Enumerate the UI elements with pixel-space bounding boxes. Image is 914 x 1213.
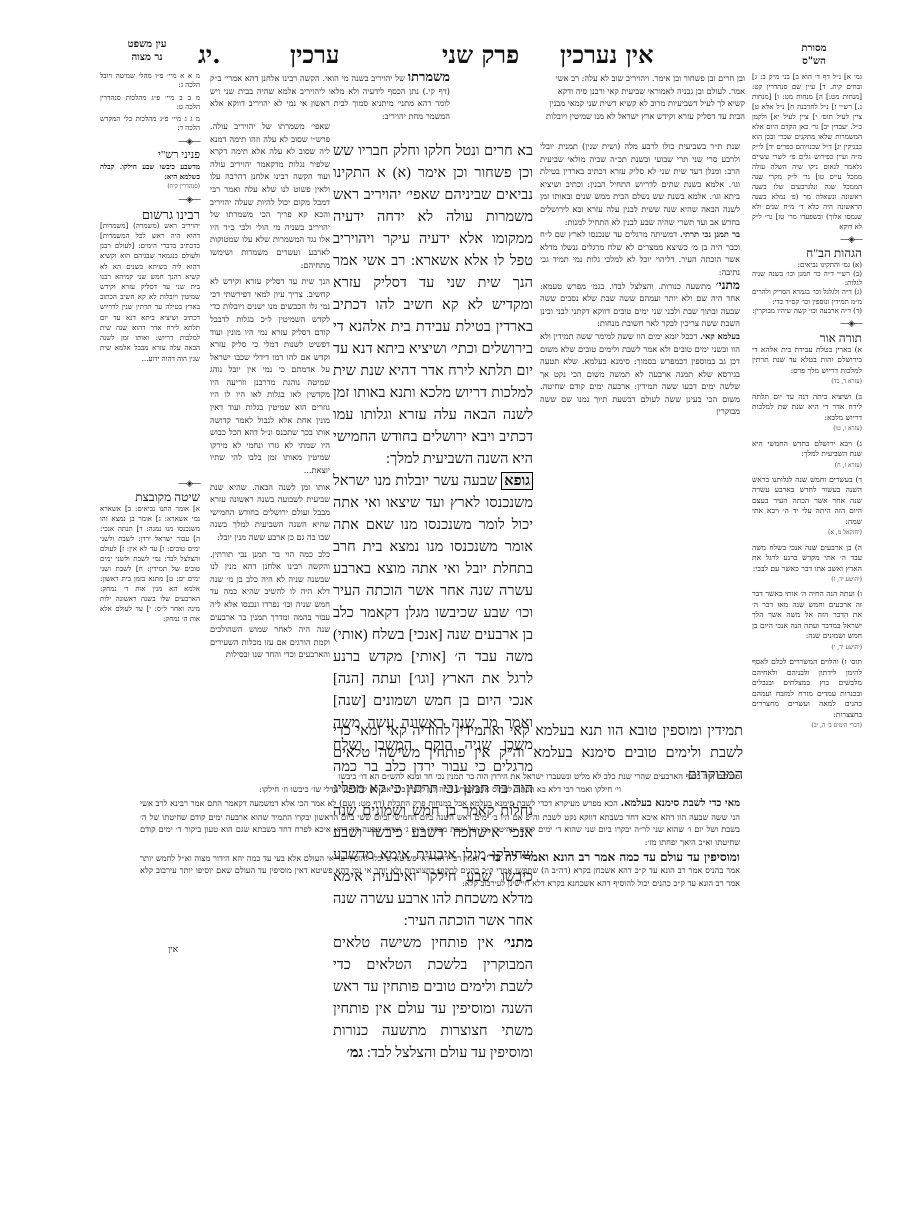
rashi-text: שנת ת״ר בשביעית כולו לרבע מלה (ושית שנין… <box>540 140 740 228</box>
mishnah-block: מתני׳ אין פותחין משישה טלאים המבוקרין בל… <box>333 932 533 1064</box>
tosafot-block: משמרתו של יהויריב בשנה מי הואי. הקשה רבי… <box>210 72 450 122</box>
bottom-tosafot-line: וי׳ חילקו ואמר רבי דלא בא הכתוב לפתוס אל… <box>140 783 740 796</box>
rashi-heading: בר תמנן נכי תרתי. <box>680 229 740 239</box>
penei-rashi-title: פניני רש"י <box>100 151 200 160</box>
gemara-intro-line: אמר. לעולם ובן גבניה לאמוראי שביעית קאי … <box>455 85 745 98</box>
ein-mishpat-entry: מ ב ב מיי׳ פ״ג מהלכות סנהדרין הלכה ט: <box>100 94 200 113</box>
ornament-divider: —◈— <box>100 138 200 147</box>
hashas-title: הש"ס <box>774 55 854 68</box>
hagahot-habach-section: הגהות הב"ח (א) גמ׳ והתקינו נביאים: (ב) ר… <box>752 249 862 316</box>
tosafot-column: משמרתו של יהויריב בשנה מי הואי. הקשה רבי… <box>210 72 450 122</box>
hagahot-item: (א) גמ׳ והתקינו נביאים: <box>752 261 862 270</box>
rashi-text: מתשעה כנורות. והצלצל לבדו. בגמ׳ מפרש טעמ… <box>540 281 740 329</box>
gemara-intro-line: הבית עד דסליק עזרא וקידש ארץ ישראל לא מנ… <box>455 110 745 123</box>
bottom-entry: מאי כדי לשבת סימנא בעלמא. הכא מפרש מעיקר… <box>140 797 740 848</box>
bottom-commentary: מרגלים היה בסוף הארבעים שהרי שנת כלב לא … <box>140 770 740 889</box>
torah-or-verse: תוס׳ ז) והלוים המשררים לכלם לאסף להימן ל… <box>752 657 862 720</box>
ornament-divider: —◈— <box>752 236 862 245</box>
masoret-title: מסורת <box>774 42 854 55</box>
rabbeinu-gershom-title: רבינו גרשום <box>100 210 200 219</box>
torah-or-source: (עזרא ז, ח) <box>752 461 862 470</box>
ein-mishpat-title: עין משפט <box>102 38 192 51</box>
rabbeinu-gershom-text: יהויריב ראש (משמרה) [משמרות] דהוא היה רא… <box>100 221 200 476</box>
mishnah-label: מתני׳ <box>504 935 533 951</box>
left-margin-header: עין משפט נר מצוה <box>102 38 192 64</box>
shita-mekubetzet-title: שיטה מקובצת <box>100 493 200 502</box>
penei-rashi-section: פניני רש"י מדשבע כיבשו שבע חילקו. קבלה כ… <box>100 151 200 191</box>
torah-or-source: (עזרא ו, טו) <box>752 424 862 433</box>
left-margin-column: מ א א מיי׳ פ״ו מהל׳ שמיטה ויובל הלכה ג: … <box>100 72 200 624</box>
torah-or-source: (יחזקאל מ, א) <box>752 528 862 537</box>
hagahot-item: (ב) רש״י ד״ה כר תמנן וכו׳ בשנה שניה לגלו… <box>752 270 862 289</box>
torah-or-source: (דברי הימים ב׳ ה, יב) <box>752 721 862 730</box>
page-number: יג. <box>198 40 221 70</box>
rashi-entry: בר תמנן נכי תרתי. דמשיתה מרגלים עד שנכנס… <box>540 228 740 278</box>
torah-or-verse: ה) בן ארבעים שנה אנכי בשלח משה עבד ה׳ את… <box>752 543 862 575</box>
bottom-heading: מאי כדי לשבת סימנא בעלמא. <box>621 798 740 809</box>
tosafot-text: אותו זמן לשנה הבאה. שהיא שנת שביעית לשבו… <box>210 481 330 544</box>
gemara-intro-line: קשיא לך לעיל דשביעיות מרוב לא קשיא דשית … <box>455 97 745 110</box>
gufa-label: גופא <box>501 472 533 490</box>
gemara-intro: ובן חרים ובן פשחור ובן אימר. ויהויריב שו… <box>455 72 745 122</box>
bottom-heading: ומוסיפין עד עולם עד כמה אמר רב הונא ואמר… <box>482 850 740 864</box>
hagahot-habach-title: הגהות הב"ח <box>752 249 862 258</box>
penei-rashi-text: מדשבע כיבשו שבע חילקו. קבלה כשלמא היא: <box>100 162 200 181</box>
gemara-label: גמ׳ <box>346 1045 363 1061</box>
torah-or-source: (עזרא ד, כד) <box>752 377 862 386</box>
rashi-heading: מתני׳ <box>716 278 740 292</box>
rashi-entry: מתני׳ מתשעה כנורות. והצלצל לבדו. בגמ׳ מפ… <box>540 279 740 330</box>
penei-rashi-source: (סנהדרין קיח) <box>100 182 200 191</box>
hagahot-item: (ג) ד״ה ולגלגל וכו׳ בגמרא הסריק ולהרים מ… <box>752 288 862 307</box>
torah-or-section: תורה אור א) בארין בטלת עבידת בית אלהא די… <box>752 334 862 731</box>
torah-or-source: (יהושע יד, ז) <box>752 575 862 584</box>
gemara-body: בא חרים ונטל חלקו וחלק חבריו שש וכן פשחו… <box>333 140 533 470</box>
tosafot-text: יהויריב: <box>382 111 406 121</box>
rashi-column: שנת ת״ר בשביעית כולו לרבע מלה (ושית שנין… <box>540 140 740 720</box>
right-margin-header: מסורת הש"ס <box>774 42 854 68</box>
torah-or-verse: א) בארין בטלת עבידת בית אלהא די בירושלם … <box>752 345 862 377</box>
torah-or-verse: ב) ושיציא ביתה דנה עד יום תלתה לירח אדר … <box>752 392 862 424</box>
shita-mekubetzet-section: שיטה מקובצת א] אומר התנו נביאים: ב] אשאר… <box>100 493 200 624</box>
rashi-entry: בעלמא קאי. דככל יומא ימים הוו ששה למימר … <box>540 330 740 418</box>
tosafot-opening-word: משמרתו <box>408 70 450 85</box>
torah-or-verse: ו) ועתה הנה החיה ה׳ אותי כאשר דבר זה ארב… <box>752 589 862 642</box>
tosafot-text: הנך שית עד דסליק עזרא וקידש לא קחשיב. צר… <box>210 275 330 477</box>
ein-mishpat-entry: מ א א מיי׳ פ״ו מהל׳ שמיטה ויובל הלכה ג: <box>100 72 200 91</box>
gemara-main-text: בא חרים ונטל חלקו וחלק חבריו שש וכן פשחו… <box>333 140 533 1064</box>
ein-mishpat-section: מ א א מיי׳ פ״ו מהל׳ שמיטה ויובל הלכה ג: … <box>100 72 200 134</box>
torah-or-verse: ג) ויבא ירושלם בחדש החמשי היא שנת השביעי… <box>752 439 862 460</box>
right-margin-column: גמ׳ א] נ״ל דף ד׳ הוא ב] בני מ״ק ב: ג] וב… <box>752 72 862 736</box>
torah-or-verse: ד) בעשרים וחמש שנה לגלותנו בראש השנה בעש… <box>752 475 862 528</box>
bottom-entry: ומוסיפין עד עולם עד כמה אמר רב הונא ואמר… <box>140 851 740 890</box>
tosafot-text: כלב כמה הוי בר תמנן נבי תורתין. והקשה רב… <box>210 548 330 661</box>
ner-mitzvah-title: נר מצוה <box>102 51 192 64</box>
gemara-intro-line: ובן חרים ובן פשחור ובן אימר. ויהויריב שו… <box>455 72 745 85</box>
chapter-number: פרק שני <box>442 40 519 70</box>
ornament-divider: —◈— <box>100 480 200 489</box>
chapter-name: אין נערכין <box>560 40 654 70</box>
shita-mekubetzet-text: א] אומר התנו נביאים: ב] אשארא נמי אשארא:… <box>100 504 200 624</box>
hagahot-item: (ד) ד״ה ארבעה וכו׳ קשה שיהיו מבוקרין: <box>752 307 862 316</box>
tosafot-column-lower: שאפי׳ משמרתו של יהויריב עולה. פרש״י שסוב… <box>210 120 330 820</box>
tosafot-text: שאפי׳ משמרתו של יהויריב עולה. פרש״י שסוב… <box>210 120 330 271</box>
rabbeinu-gershom-section: רבינו גרשום יהויריב ראש (משמרה) [משמרות]… <box>100 210 200 476</box>
rashi-heading: בעלמא קאי. <box>700 331 740 341</box>
catchword: אין <box>168 944 178 955</box>
masoret-hashas-text: גמ׳ א] נ״ל דף ד׳ הוא ב] בני מ״ק ב: ג] וב… <box>752 72 862 232</box>
mishnah-text: אין פותחין משישה טלאים המבוקרין בלשכת הט… <box>333 935 533 1061</box>
ornament-divider: —◈— <box>752 320 862 329</box>
torah-or-title: תורה אור <box>752 334 862 343</box>
tractate-name: ערכין <box>290 40 340 70</box>
ein-mishpat-entry: מ ג ג מיי׳ פ״ג מהלכות כלי המקדש הלכה ד: <box>100 115 200 134</box>
torah-or-source: (יהושע יד, י) <box>752 643 862 652</box>
ornament-divider: —◈— <box>100 196 200 205</box>
masoret-hashas-section: גמ׳ א] נ״ל דף ד׳ הוא ב] בני מ״ק ב: ג] וב… <box>752 72 862 232</box>
bottom-tosafot-line: מרגלים היה בסוף הארבעים שהרי שנת כלב לא … <box>140 770 740 783</box>
rashi-text: דככל יומא ימים הוו ששה למימר ששה תמידין … <box>540 331 740 417</box>
